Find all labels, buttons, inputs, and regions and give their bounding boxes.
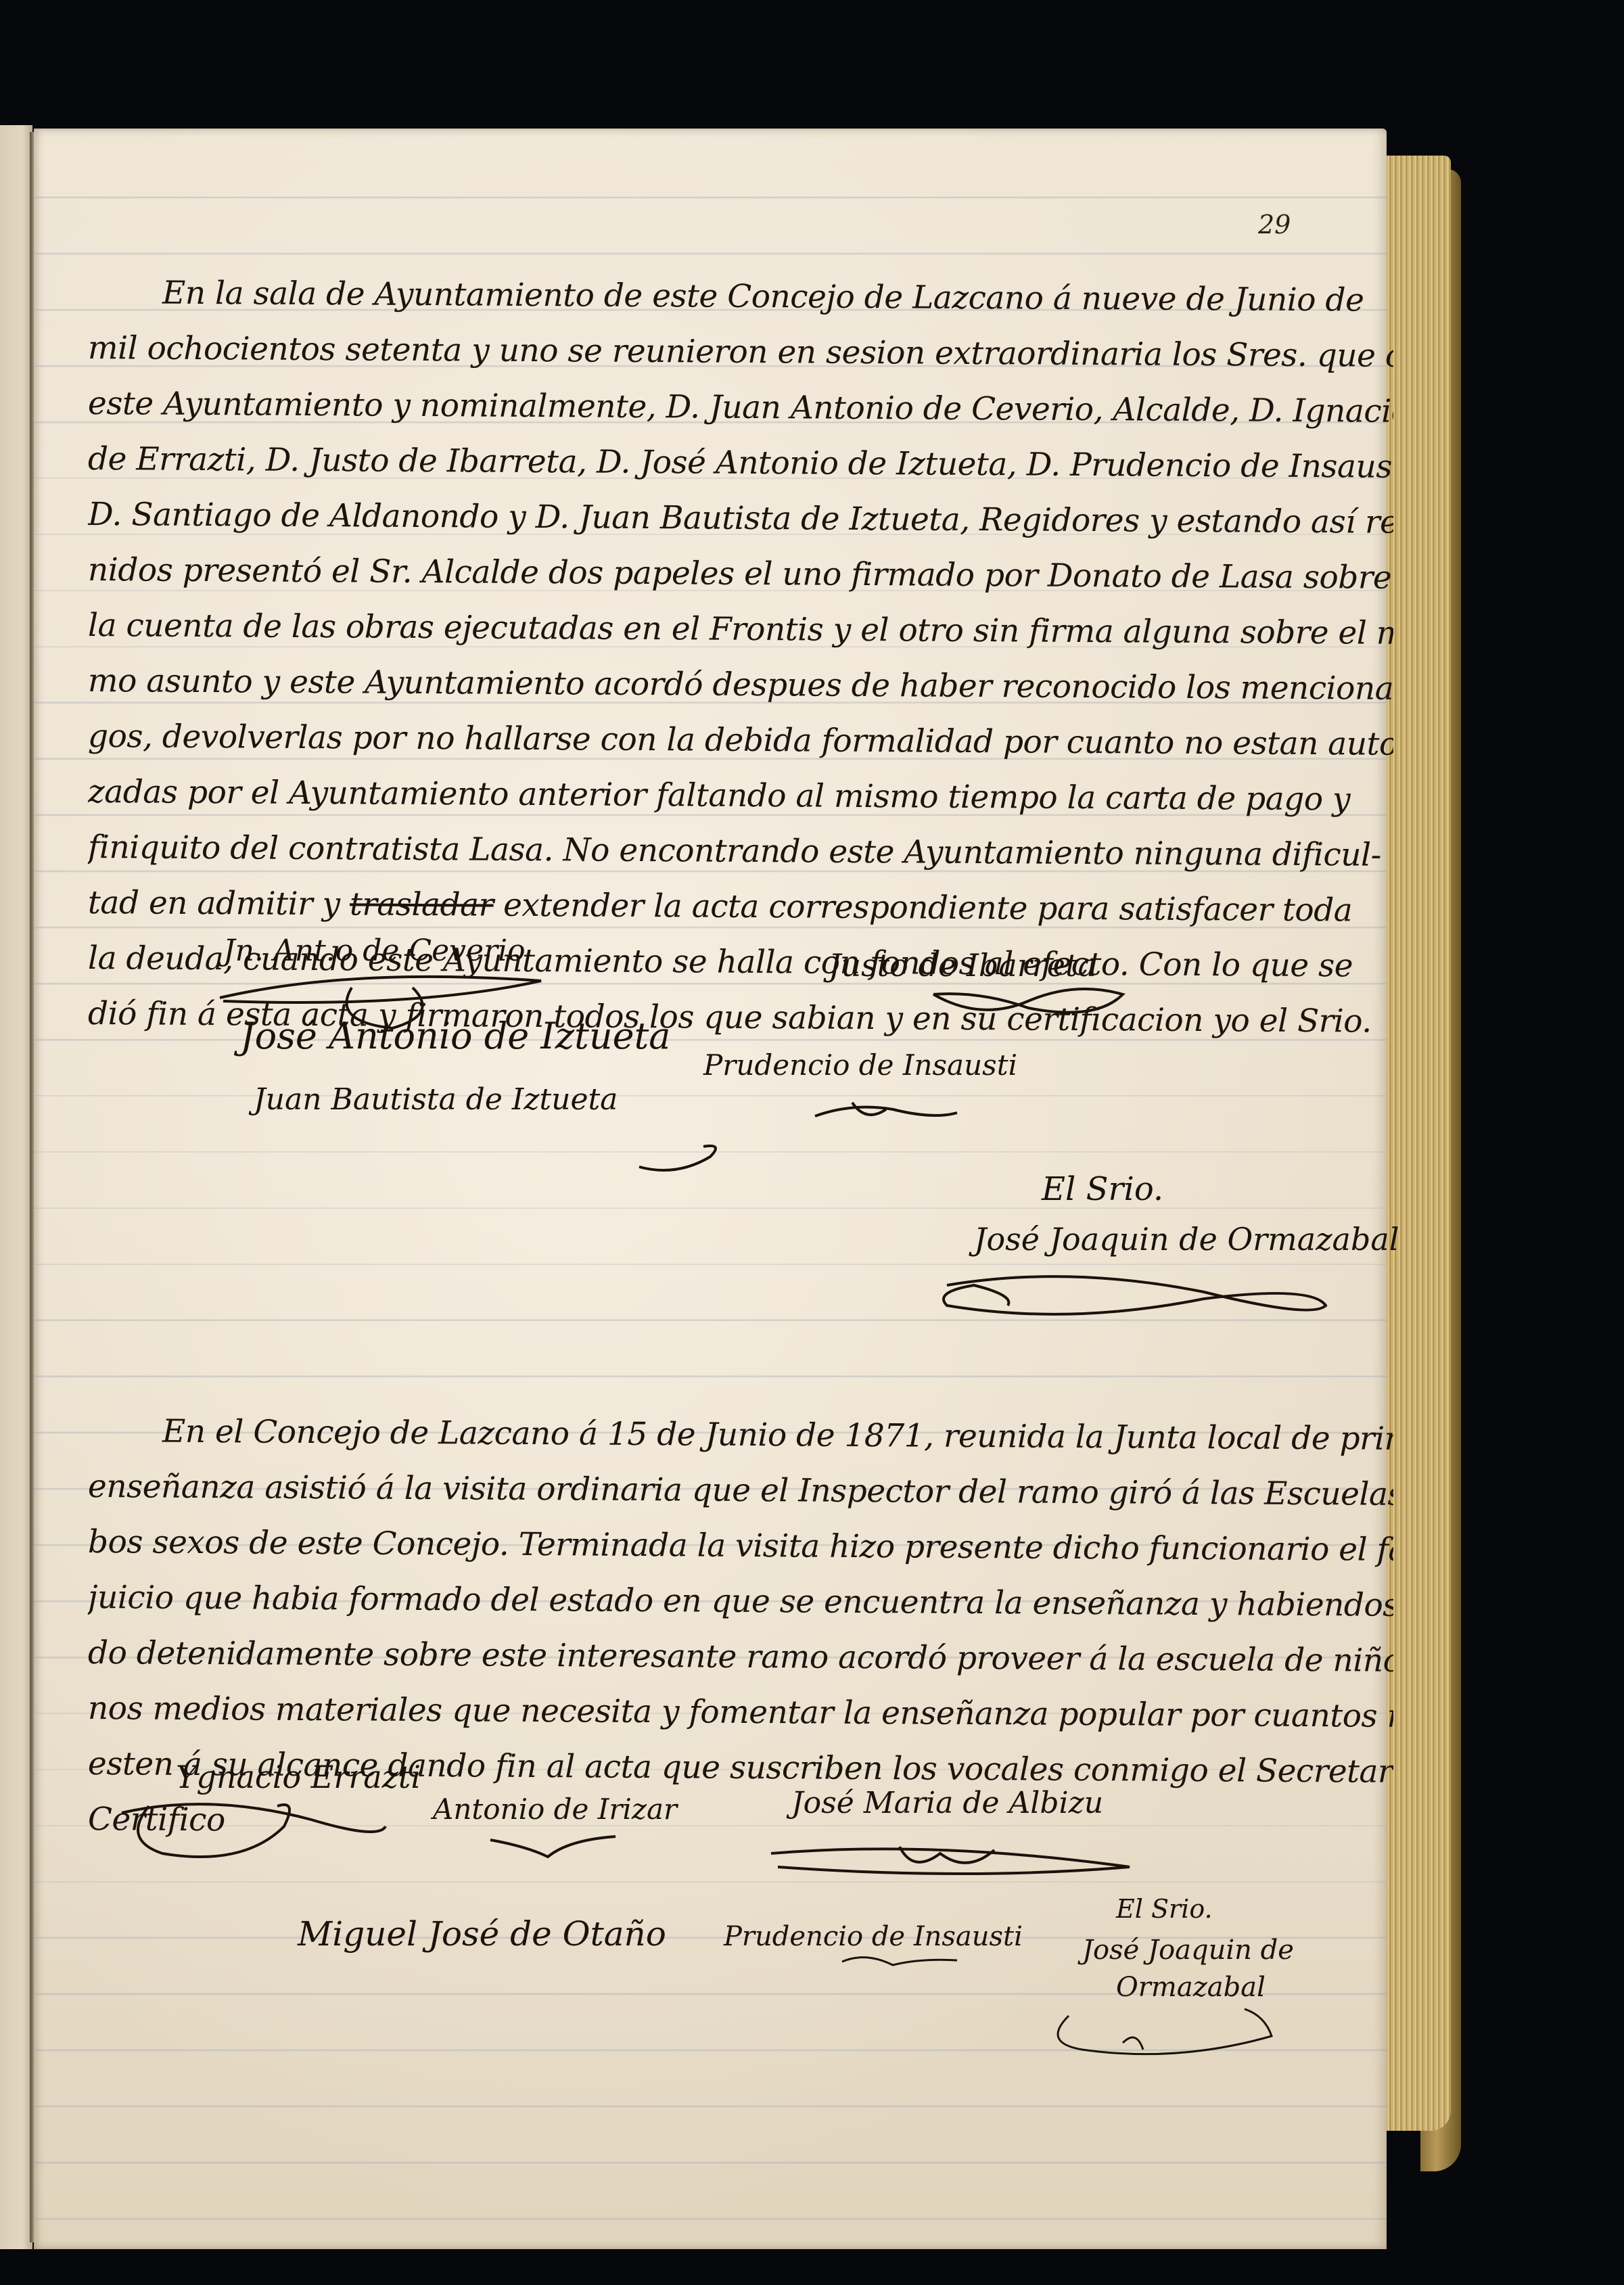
act-1-line: En la sala de Ayuntamiento de este Conce… (88, 265, 1393, 329)
act-1-line: finiquito del contratista Lasa. No encon… (88, 820, 1393, 883)
signature-flourish (764, 1833, 1143, 1887)
act-1-line: nidos presentó el Sr. Alcalde dos papele… (88, 543, 1393, 606)
act-2-line: do detenidamente sobre este interesante … (88, 1625, 1393, 1689)
signature-albizu: José Maria de Albizu (791, 1786, 1103, 1820)
act-1-line: D. Santiago de Aldanondo y D. Juan Bauti… (88, 487, 1393, 551)
minutes-act-1: En la sala de Ayuntamiento de este Conce… (88, 265, 1393, 1042)
secretary-flourish-2 (1042, 2002, 1285, 2070)
act-1-line: tad en admitir y trasladar extender la a… (88, 875, 1393, 939)
act-1-line: gos, devolverlas por no hallarse con la … (88, 709, 1393, 772)
struck-word: trasladar (350, 885, 494, 923)
signature-ibarreta: Justo de Ibarreta (829, 947, 1096, 984)
secretary-flourish (933, 1258, 1339, 1339)
act-1-line: la cuenta de las obras ejecutadas en el … (88, 598, 1393, 662)
act-2-line: nos medios materiales que necesita y fom… (88, 1681, 1393, 1745)
act-2-line: enseñanza asistió á la visita ordinaria … (88, 1459, 1393, 1523)
act-1-line-rest: extender la acta correspondiente para sa… (503, 887, 1353, 929)
secretary-signature-line-2: Ormazabal (1116, 1972, 1266, 2003)
signature-flourish (636, 1136, 730, 1177)
secretary-title-2: El Srio. (1116, 1894, 1213, 1924)
act-2-line: juicio que habia formado del estado en q… (88, 1570, 1393, 1634)
act-1-line: de Errazti, D. Justo de Ibarreta, D. Jos… (88, 432, 1393, 495)
signature-flourish (812, 1096, 960, 1130)
signature-flourish (108, 1786, 392, 1874)
signature-iztueta-juan-bautista: Juan Bautista de Iztueta (254, 1082, 618, 1117)
secretary-title: El Srio. (1042, 1170, 1163, 1208)
signature-flourish (839, 1948, 960, 1975)
act-1-line-start: tad en admitir y (88, 884, 340, 923)
secretary-signature-line-1: José Joaquin de (1082, 1935, 1294, 1966)
signature-otano: Miguel José de Otaño (298, 1914, 666, 1954)
act-1-line: mil ochocientos setenta y uno se reunier… (88, 321, 1393, 384)
signature-iztueta-jose-antonio: José Antonio de Iztueta (240, 1015, 671, 1057)
signature-insausti: Prudencio de Insausti (703, 1048, 1017, 1082)
act-1-line: mo asunto y este Ayuntamiento acordó des… (88, 653, 1393, 717)
act-1-line: este Ayuntamiento y nominalmente, D. Jua… (88, 376, 1393, 440)
page-block-edge (1387, 156, 1451, 2131)
signature-flourish (927, 981, 1130, 1021)
facing-page-edge (0, 125, 32, 2249)
act-2-line: bos sexos de este Concejo. Terminada la … (88, 1515, 1393, 1578)
act-1-line: zadas por el Ayuntamiento anterior falta… (88, 764, 1393, 828)
act-2-line: En el Concejo de Lazcano á 15 de Junio d… (88, 1404, 1393, 1467)
secretary-signature: José Joaquin de Ormazabal (974, 1221, 1399, 1257)
page-number: 29 (1258, 210, 1291, 239)
signature-flourish (487, 1833, 622, 1867)
signature-irizar: Antonio de Irizar (433, 1793, 677, 1826)
